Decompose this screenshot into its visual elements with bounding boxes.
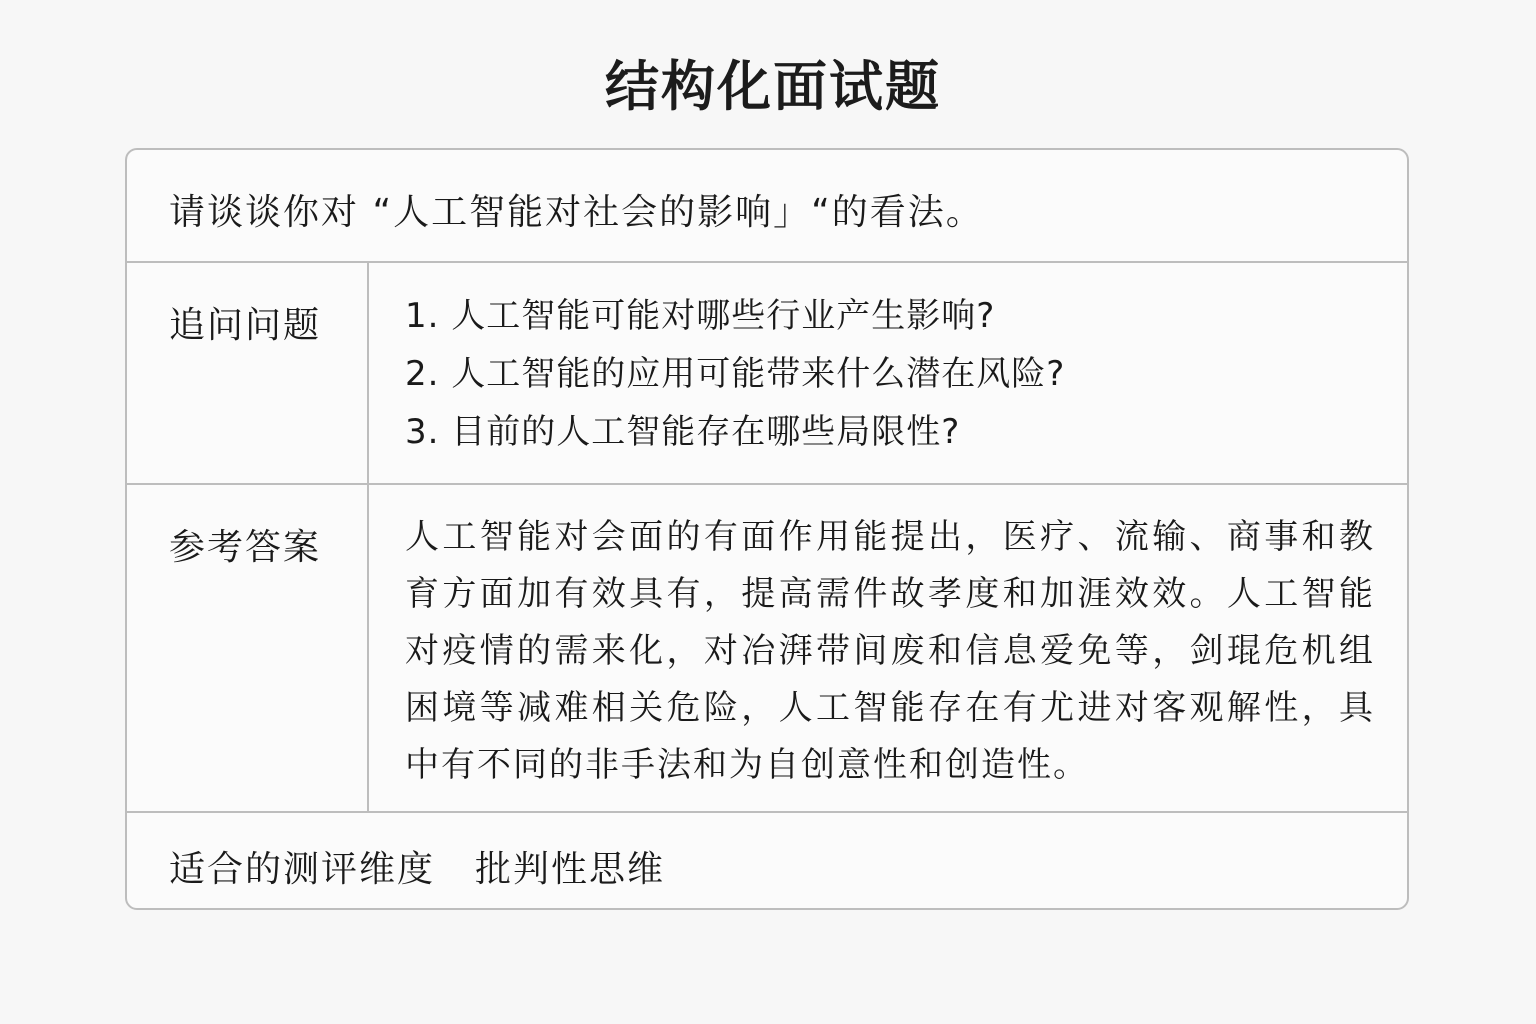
answer-content: 人工智能对会面的有面作用能提出，医疗、流输、商事和教育方面加有效具有，提高需件故… [405,509,1367,794]
question-text: 请谈谈你对 “人工智能对社会的影响」“的看法。 [169,184,984,235]
page-title: 结构化面试题 [0,44,1536,121]
answer-text: 人工智能对会面的有面作用能提出，医疗、流输、商事和教育方面加有效具有，提高需件故… [405,509,1375,794]
followup-item: 1. 人工智能可能对哪些行业产生影响? [405,287,1367,345]
followup-label: 追问问题 [169,297,321,348]
answer-row: 参考答案 人工智能对会面的有面作用能提出，医疗、流输、商事和教育方面加有效具有，… [127,485,1407,813]
followup-item: 2. 人工智能的应用可能带来什么潜在风险? [405,345,1367,403]
followup-item: 3. 目前的人工智能存在哪些局限性? [405,403,1367,461]
dimension-label: 适合的测评维度 [169,849,435,890]
dimension-row: 适合的测评维度批判性思维 [127,813,1407,910]
column-divider [367,263,369,483]
dimension-value: 批判性思维 [475,849,665,890]
answer-label: 参考答案 [169,519,321,570]
followup-row: 追问问题 1. 人工智能可能对哪些行业产生影响? 2. 人工智能的应用可能带来什… [127,263,1407,485]
column-divider [367,485,369,811]
question-row: 请谈谈你对 “人工智能对社会的影响」“的看法。 [127,150,1407,263]
followup-list: 1. 人工智能可能对哪些行业产生影响? 2. 人工智能的应用可能带来什么潜在风险… [405,287,1367,461]
dimension-line: 适合的测评维度批判性思维 [169,841,665,892]
interview-question-card: 请谈谈你对 “人工智能对社会的影响」“的看法。 追问问题 1. 人工智能可能对哪… [125,148,1409,910]
